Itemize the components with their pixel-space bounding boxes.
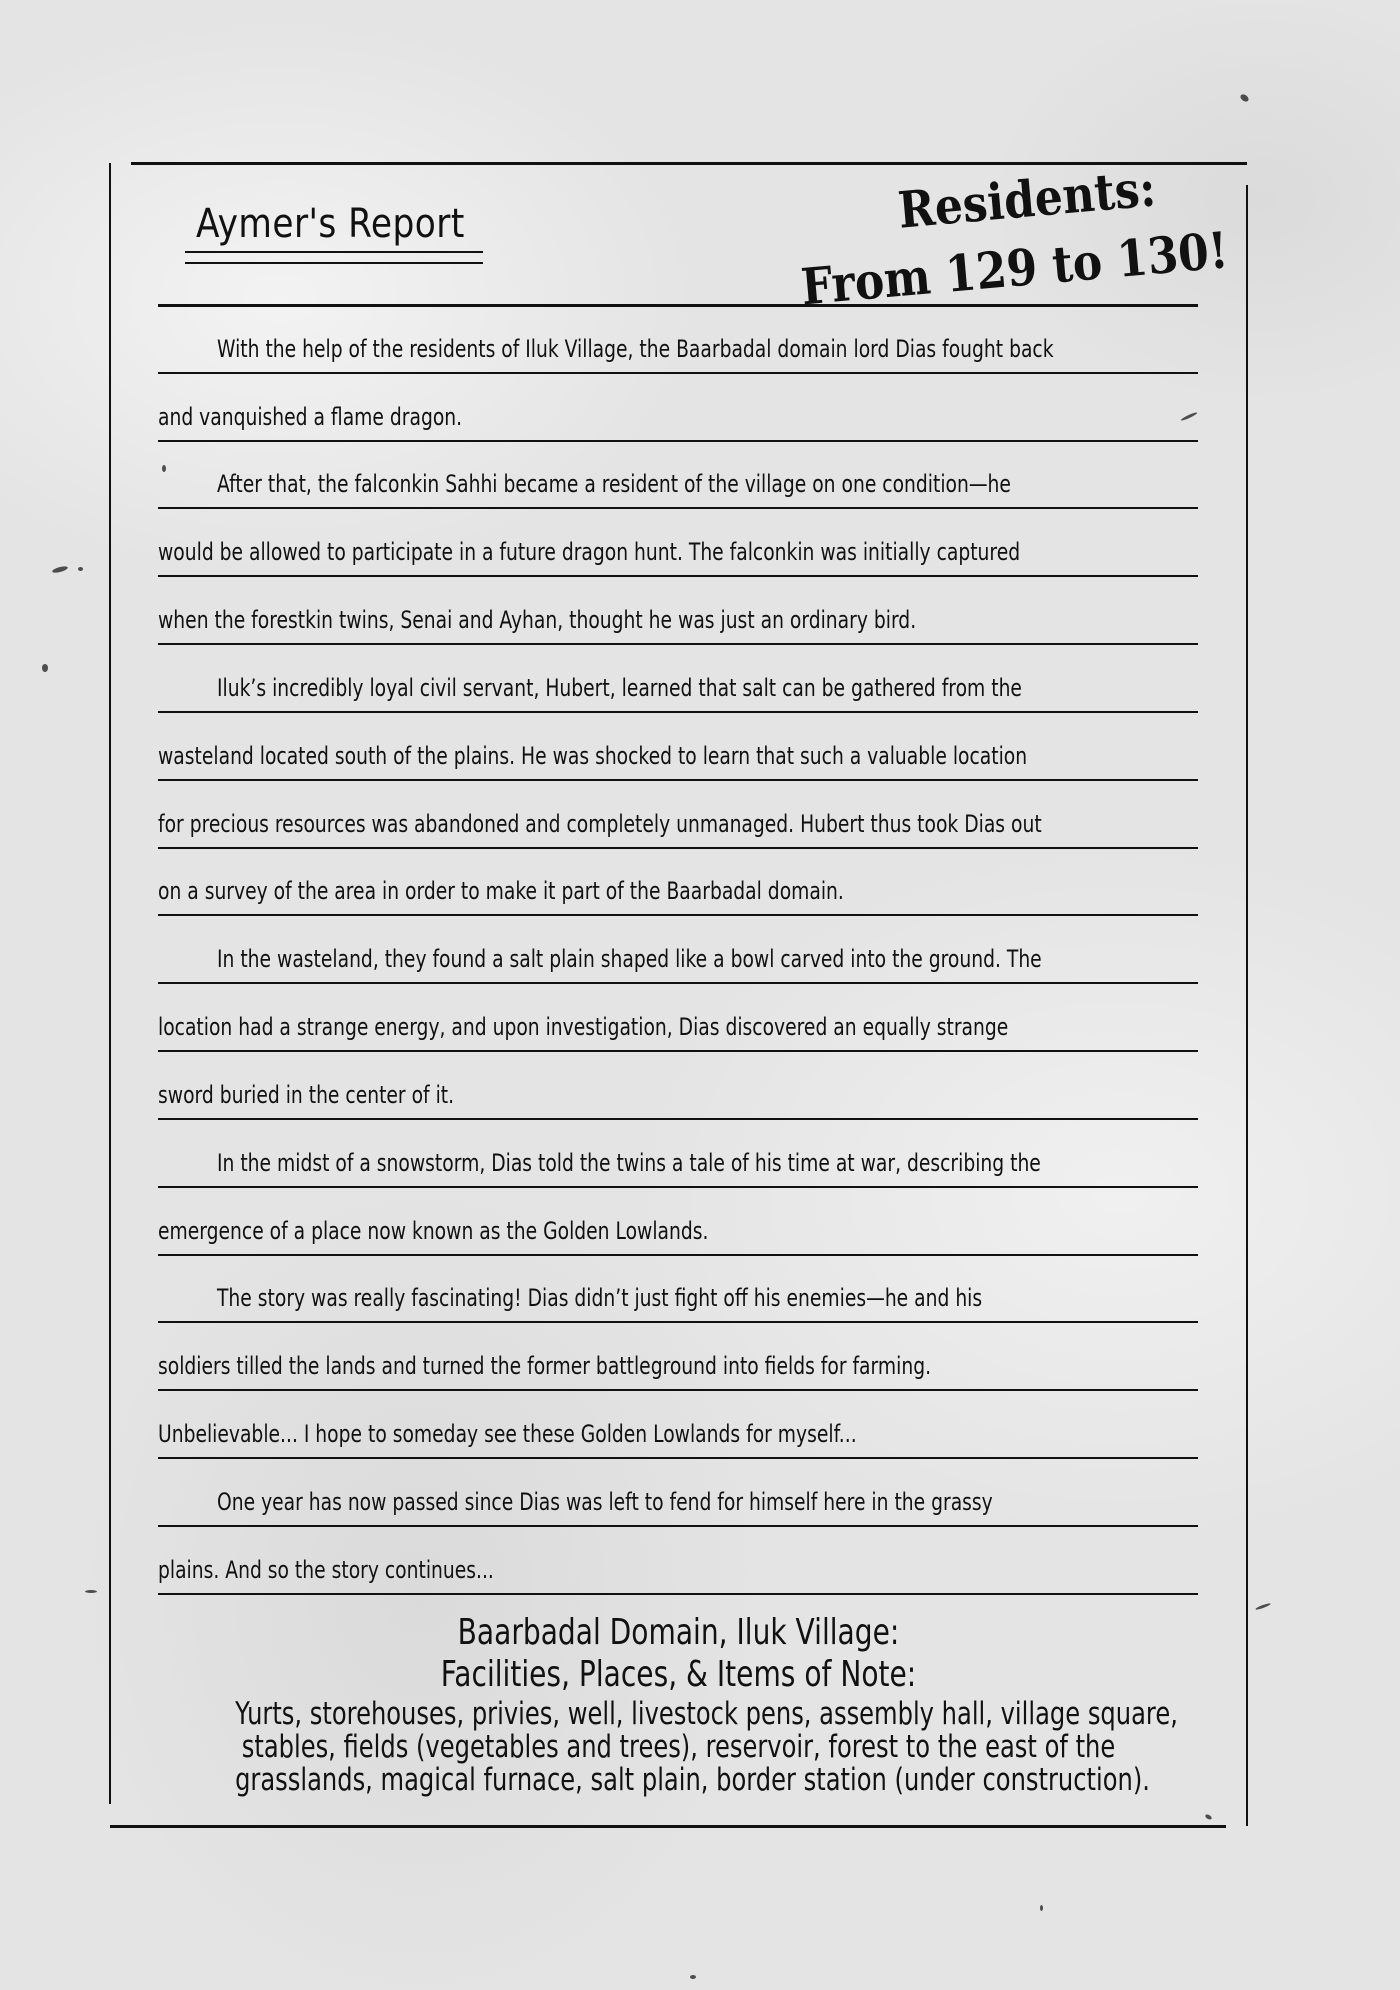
ruled-text-line: and vanquished a flame dragon.	[158, 374, 1198, 442]
body-text: when the forestkin twins, Senai and Ayha…	[158, 606, 916, 634]
ruled-text-line: when the forestkin twins, Senai and Ayha…	[158, 577, 1198, 645]
paper-speck	[52, 565, 69, 574]
frame-bottom-rule	[110, 1825, 1226, 1828]
paper-speck	[78, 567, 83, 571]
body-text: Iluk’s incredibly loyal civil servant, H…	[217, 674, 1022, 702]
facilities-heading-1: Baarbadal Domain, Iluk Village:	[235, 1612, 1122, 1654]
body-text: plains. And so the story continues...	[158, 1556, 494, 1584]
body-text: wasteland located south of the plains. H…	[158, 742, 1027, 770]
title-underline-1	[185, 251, 483, 253]
body-text: for precious resources was abandoned and…	[158, 810, 1042, 838]
body-text: In the wasteland, they found a salt plai…	[217, 945, 1042, 973]
paper-speck	[1255, 1602, 1271, 1610]
paper-speck	[85, 1590, 97, 1593]
ruled-text-line: location had a strange energy, and upon …	[158, 984, 1198, 1052]
facilities-list-line: grasslands, magical furnace, salt plain,…	[235, 1764, 1122, 1797]
body-text: sword buried in the center of it.	[158, 1081, 454, 1109]
paper-speck	[690, 1975, 696, 1979]
ruled-text-line: Iluk’s incredibly loyal civil servant, H…	[158, 645, 1198, 713]
ruled-text-line: sword buried in the center of it.	[158, 1052, 1198, 1120]
body-text: soldiers tilled the lands and turned the…	[158, 1352, 931, 1380]
body-text: One year has now passed since Dias was l…	[217, 1488, 993, 1516]
ruled-text-line: wasteland located south of the plains. H…	[158, 713, 1198, 781]
ruled-text-line: for precious resources was abandoned and…	[158, 781, 1198, 849]
body-text: After that, the falconkin Sahhi became a…	[217, 470, 1011, 498]
ruled-text-line: After that, the falconkin Sahhi became a…	[158, 442, 1198, 510]
frame-right-border	[1246, 185, 1248, 1826]
body-text: would be allowed to participate in a fut…	[158, 538, 1020, 566]
facilities-heading-2: Facilities, Places, & Items of Note:	[235, 1654, 1122, 1696]
report-body: With the help of the residents of Iluk V…	[158, 306, 1198, 1595]
body-text: emergence of a place now known as the Go…	[158, 1217, 708, 1245]
body-text: Unbelievable... I hope to someday see th…	[158, 1420, 857, 1448]
ruled-text-line: With the help of the residents of Iluk V…	[158, 306, 1198, 374]
paper-speck	[42, 664, 48, 672]
facilities-list-line: Yurts, storehouses, privies, well, lives…	[235, 1698, 1122, 1731]
report-title: Aymer's Report	[196, 200, 465, 248]
paper-speck	[1239, 93, 1250, 103]
ruled-text-line: on a survey of the area in order to make…	[158, 849, 1198, 917]
frame-left-border	[109, 163, 111, 1804]
body-text: location had a strange energy, and upon …	[158, 1013, 1008, 1041]
ruled-text-line: soldiers tilled the lands and turned the…	[158, 1323, 1198, 1391]
body-text: In the midst of a snowstorm, Dias told t…	[217, 1149, 1041, 1177]
headline: Residents: From 129 to 130!	[765, 148, 1235, 324]
title-underline-2	[185, 262, 483, 264]
ruled-text-line: plains. And so the story continues...	[158, 1527, 1198, 1595]
ruled-text-line: emergence of a place now known as the Go…	[158, 1188, 1198, 1256]
ruled-text-line: In the midst of a snowstorm, Dias told t…	[158, 1120, 1198, 1188]
facilities-list: Yurts, storehouses, privies, well, lives…	[110, 1698, 1247, 1797]
ruled-text-line: In the wasteland, they found a salt plai…	[158, 916, 1198, 984]
ruled-text-line: Unbelievable... I hope to someday see th…	[158, 1391, 1198, 1459]
body-text: on a survey of the area in order to make…	[158, 877, 844, 905]
ruled-text-line: One year has now passed since Dias was l…	[158, 1459, 1198, 1527]
body-text: The story was really fascinating! Dias d…	[217, 1284, 982, 1312]
ruled-text-line: would be allowed to participate in a fut…	[158, 509, 1198, 577]
facilities-list-line: stables, fields (vegetables and trees), …	[235, 1731, 1122, 1764]
body-text: and vanquished a flame dragon.	[158, 403, 462, 431]
paper-speck	[1204, 1814, 1212, 1821]
paper-speck	[1040, 1905, 1043, 1911]
facilities-section: Baarbadal Domain, Iluk Village: Faciliti…	[110, 1612, 1247, 1797]
body-text: With the help of the residents of Iluk V…	[217, 335, 1054, 363]
paper-speck	[162, 465, 166, 472]
ruled-text-line: The story was really fascinating! Dias d…	[158, 1256, 1198, 1324]
